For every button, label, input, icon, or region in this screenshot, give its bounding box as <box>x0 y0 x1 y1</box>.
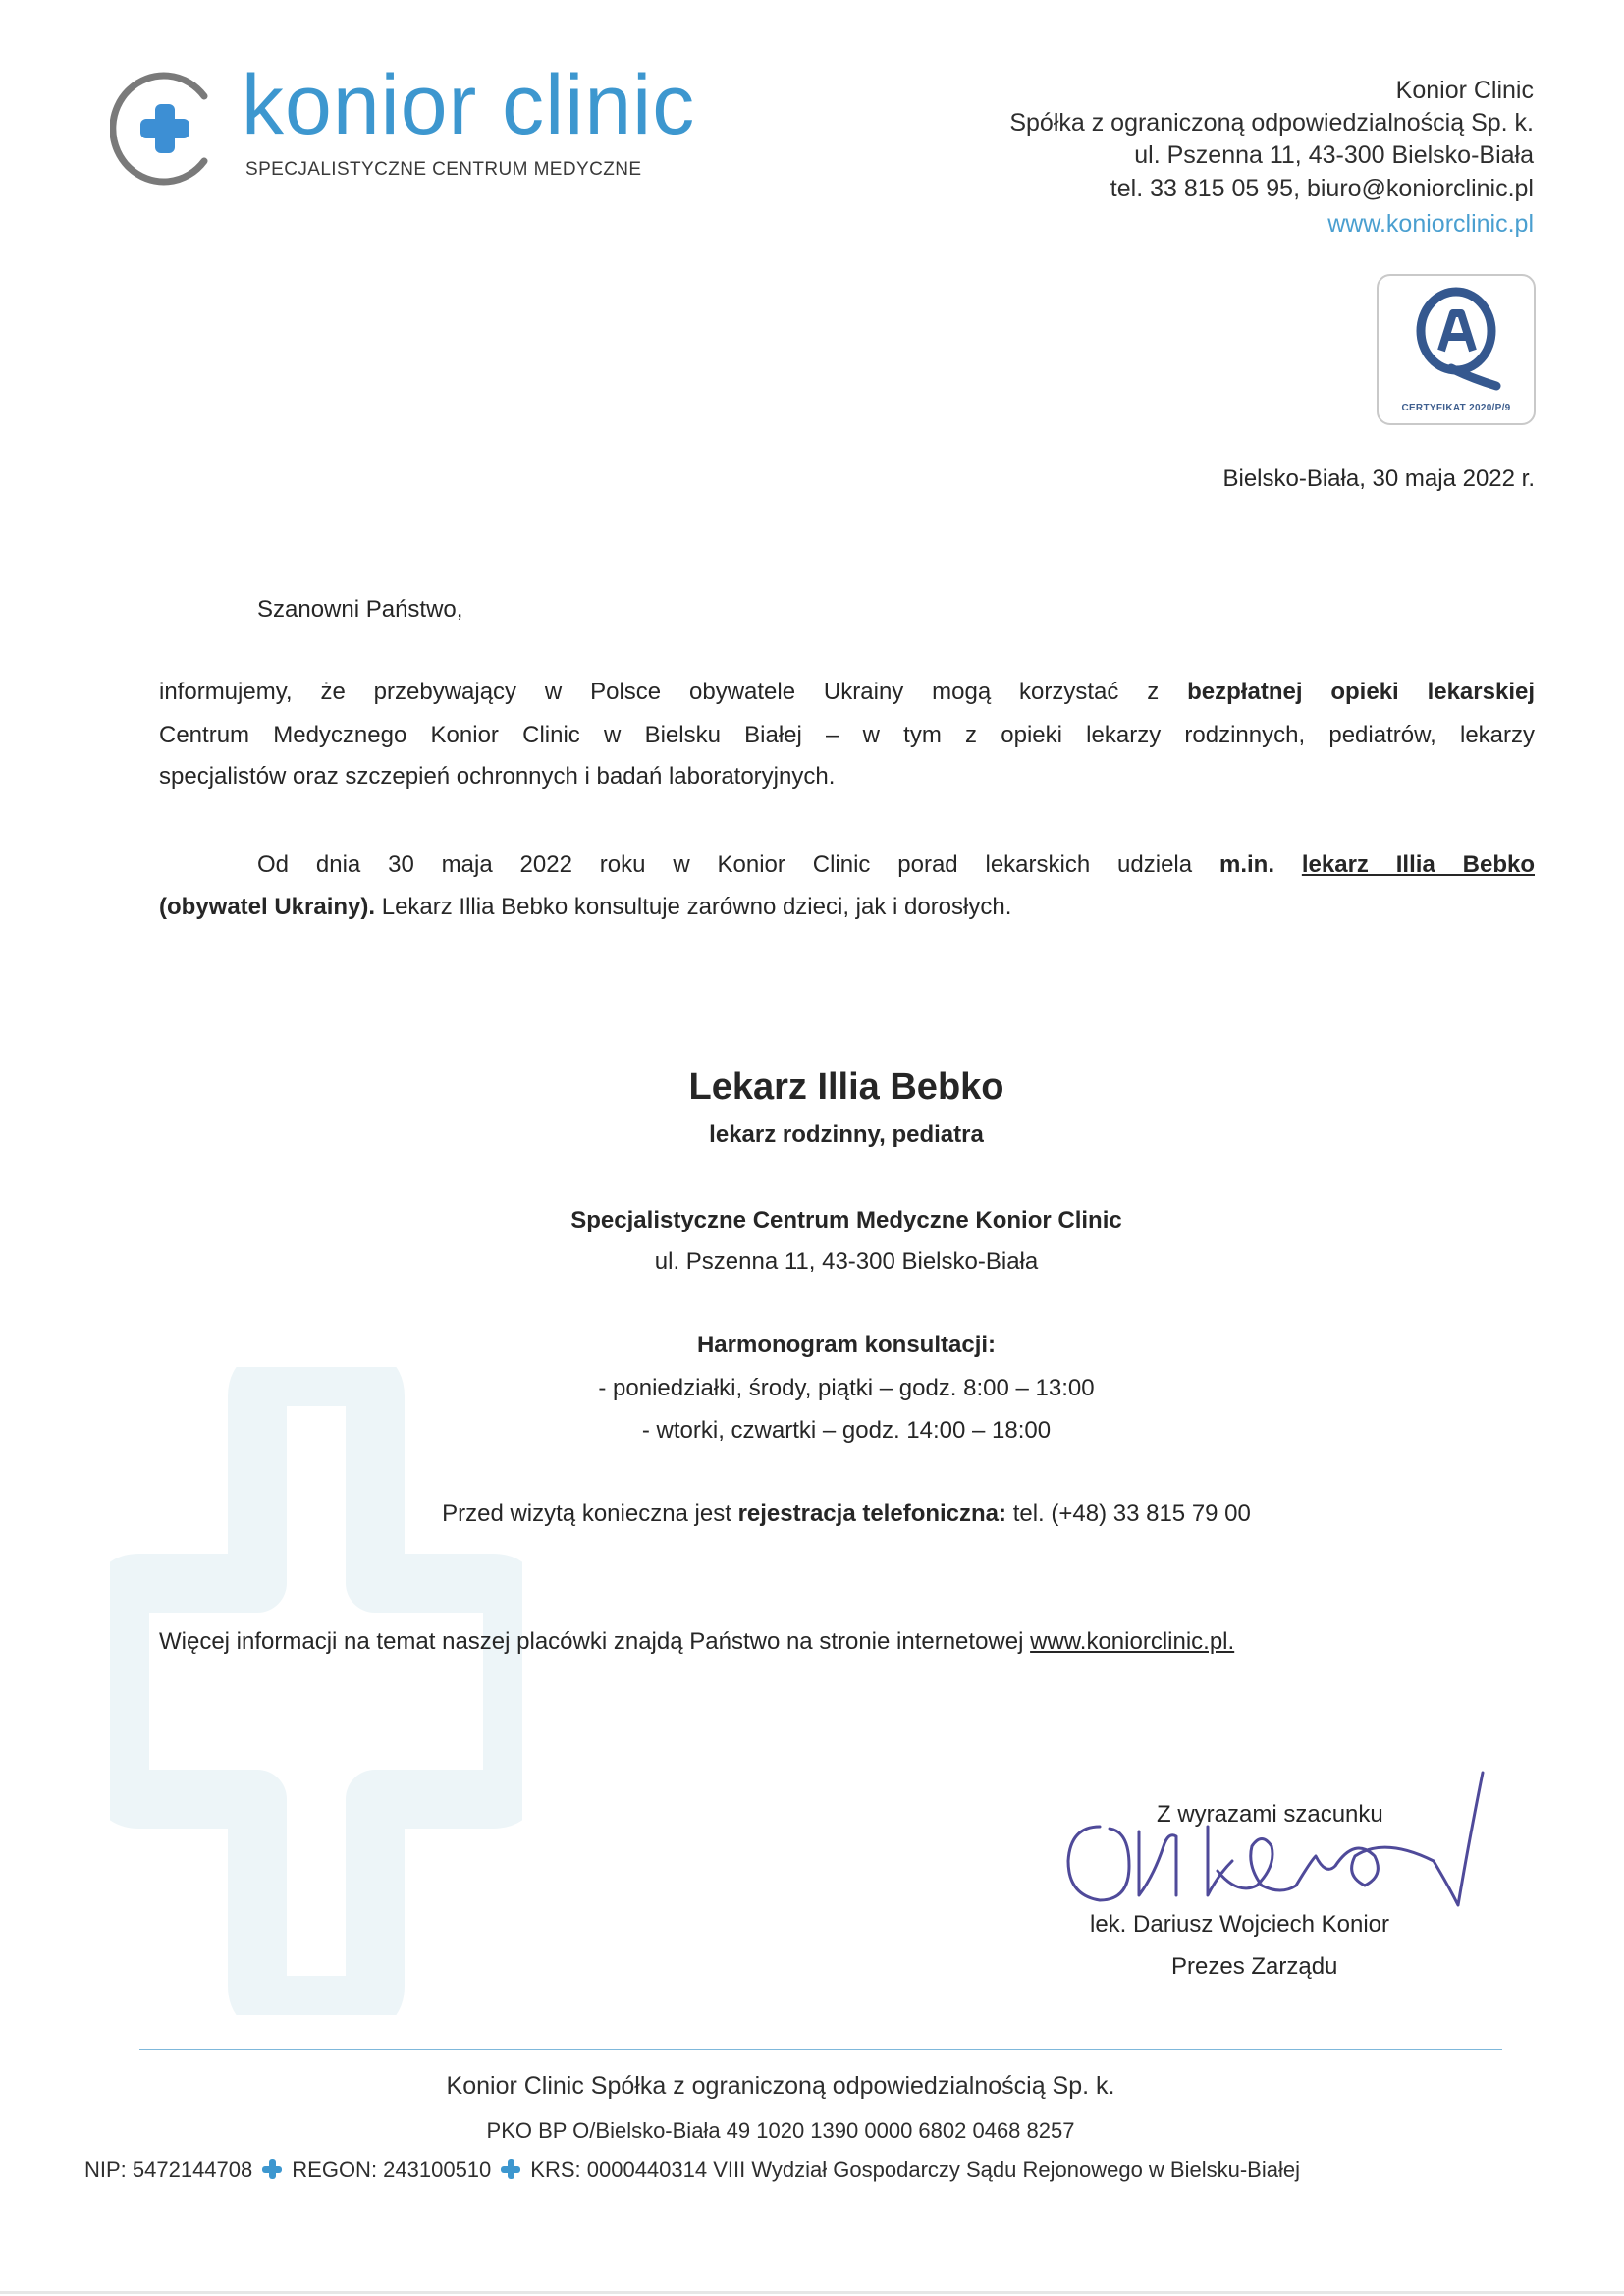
doctor-specialty: lekarz rodzinny, pediatra <box>0 1123 1624 1147</box>
quality-certificate-badge: CERTYFIKAT 2020/P/9 <box>1377 274 1536 425</box>
footer-registration-ids: NIP: 5472144708REGON: 243100510KRS: 0000… <box>84 2159 1300 2181</box>
salutation: Szanowni Państwo, <box>257 598 462 622</box>
footer-bank-account: PKO BP O/Bielsko-Biała 49 1020 1390 0000… <box>0 2120 1561 2142</box>
header-website-link[interactable]: www.koniorclinic.pl <box>1327 212 1534 237</box>
website-link[interactable]: www.koniorclinic.pl. <box>1030 1628 1234 1655</box>
header-address: ul. Pszenna 11, 43-300 Bielsko-Biała <box>1134 143 1534 168</box>
paragraph-1-line-3: specjalistów oraz szczepień ochronnych i… <box>159 765 835 789</box>
paragraph-1-line-2: Centrum Medycznego Konior Clinic w Biels… <box>159 724 1535 747</box>
signer-name: lek. Dariusz Wojciech Konior <box>1090 1913 1389 1937</box>
quality-q-icon <box>1402 284 1510 400</box>
header-company-form: Spółka z ograniczoną odpowiedzialnością … <box>1009 111 1534 136</box>
more-info: Więcej informacji na temat naszej placów… <box>159 1630 1234 1654</box>
logo-wordmark: konior clinic <box>242 63 695 147</box>
signer-title: Prezes Zarządu <box>1171 1955 1337 1979</box>
footer-company: Konior Clinic Spółka z ograniczoną odpow… <box>0 2074 1561 2099</box>
registration-phone: tel. (+48) 33 815 79 00 <box>1006 1501 1251 1527</box>
schedule-item: - wtorki, czwartki – godz. 14:00 – 18:00 <box>0 1419 1624 1443</box>
doctor-name-heading: Lekarz Illia Bebko <box>0 1068 1624 1106</box>
registration-note: Przed wizytą konieczna jest rejestracja … <box>0 1503 1624 1526</box>
signature-icon <box>1060 1768 1532 1915</box>
facility-address: ul. Pszenna 11, 43-300 Bielsko-Biała <box>0 1250 1624 1274</box>
clinic-logo-icon <box>110 71 218 187</box>
footer-krs: KRS: 0000440314 VIII Wydział Gospodarczy… <box>530 2158 1300 2182</box>
footer-nip: NIP: 5472144708 <box>84 2158 252 2182</box>
paragraph-1-line-1: informujemy, że przebywający w Polsce ob… <box>159 681 1535 704</box>
page-bottom-edge <box>0 2291 1624 2294</box>
plus-icon <box>501 2159 520 2179</box>
header-company-name: Konior Clinic <box>1396 79 1534 103</box>
schedule-item: - poniedziałki, środy, piątki – godz. 8:… <box>0 1377 1624 1400</box>
facility-name: Specjalistyczne Centrum Medyczne Konior … <box>0 1209 1624 1232</box>
schedule-title: Harmonogram konsultacji: <box>0 1334 1624 1357</box>
plus-icon <box>262 2159 282 2179</box>
doctor-name-highlight: lekarz Illia Bebko <box>1302 851 1535 878</box>
certificate-label: CERTYFIKAT 2020/P/9 <box>1379 403 1534 413</box>
paragraph-2-line-1: Od dnia 30 maja 2022 roku w Konior Clini… <box>257 853 1535 877</box>
place-date: Bielsko-Biała, 30 maja 2022 r. <box>1222 467 1535 491</box>
header-contact: tel. 33 815 05 95, biuro@koniorclinic.pl <box>1110 177 1534 201</box>
footer-regon: REGON: 243100510 <box>292 2158 491 2182</box>
watermark-cross-icon <box>110 1367 522 2015</box>
logo-subtitle: SPECJALISTYCZNE CENTRUM MEDYCZNE <box>245 159 641 181</box>
footer-divider <box>139 2049 1502 2050</box>
paragraph-2-line-2: (obywatel Ukrainy). Lekarz Illia Bebko k… <box>159 896 1011 919</box>
